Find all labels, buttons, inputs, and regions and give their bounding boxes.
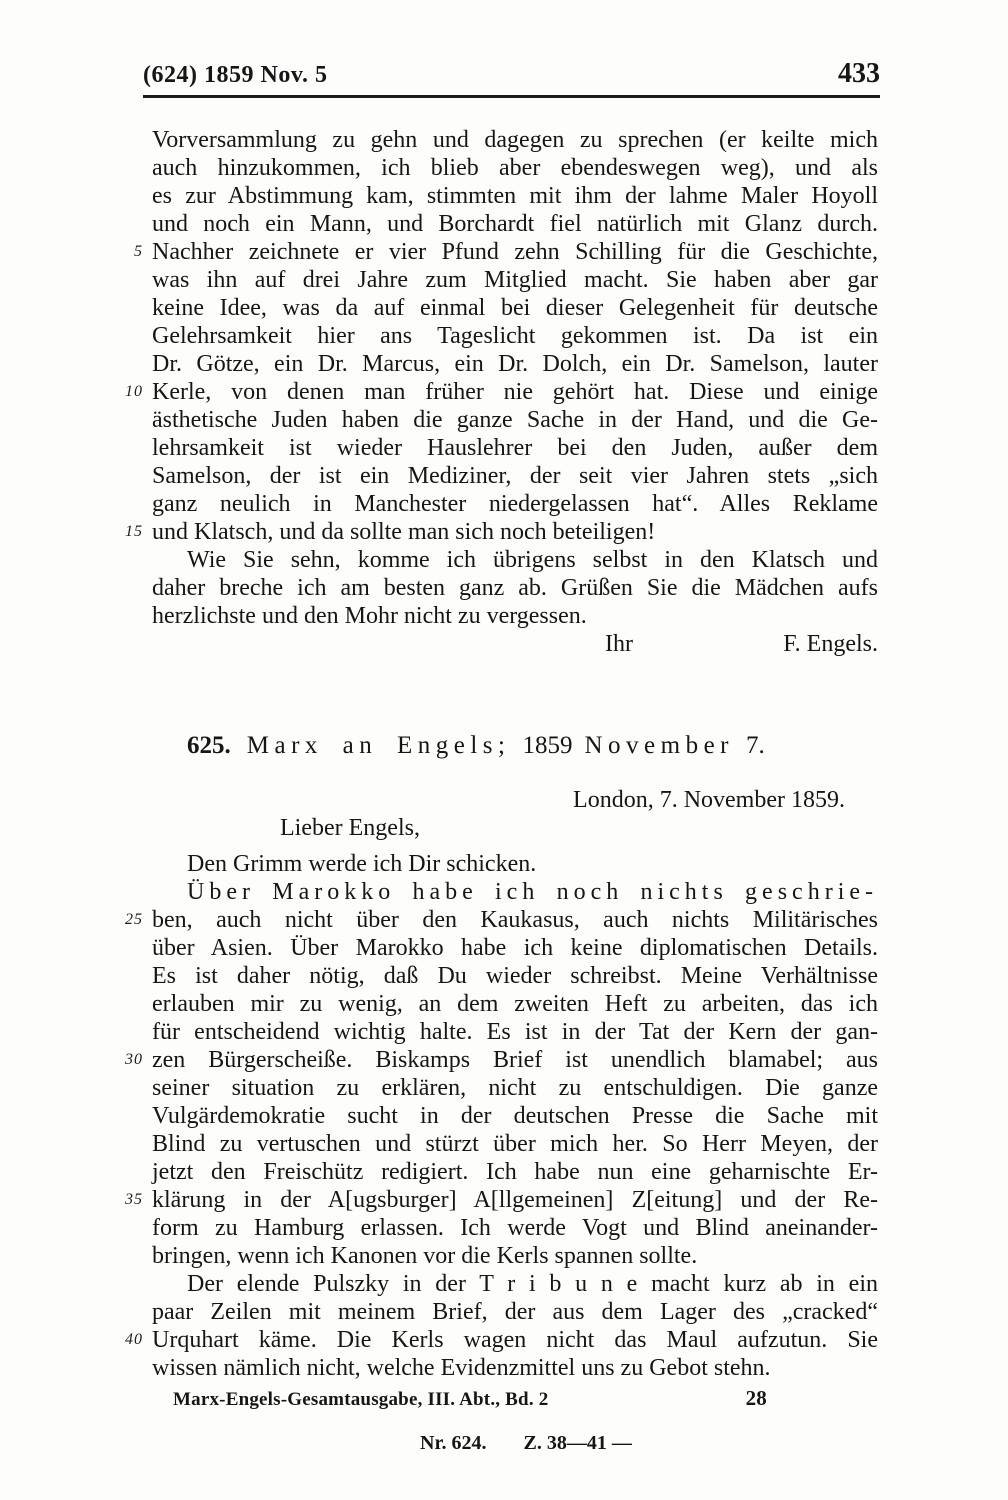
header-letter-reference: (624) 1859 Nov. 5 [143, 62, 328, 89]
line-text: es zur Abstimmung kam, stimmten mit ihm … [152, 183, 878, 209]
text-line: ganz neulich in Manchester niedergelasse… [152, 490, 878, 518]
line-text: Wie Sie sehn, komme ich übrigens selbst … [187, 547, 878, 573]
text-line: lehrsamkeit ist wieder Hauslehrer bei de… [152, 434, 878, 462]
line-text: wissen nämlich nicht, welche Evidenzmitt… [152, 1355, 771, 1381]
text-line: Über Marokko habe ich noch nichts geschr… [152, 878, 878, 906]
line-text: auch hinzukommen, ich blieb aber ebendes… [152, 155, 878, 181]
heading-year: 1859 [522, 732, 572, 759]
line-text: bringen, wenn ich Kanonen vor die Kerls … [152, 1243, 697, 1269]
book-page-scan: (624) 1859 Nov. 5 433 Vorversammlung zu … [0, 0, 1008, 1500]
text-line: Gelehrsamkeit hier ans Tageslicht gekomm… [152, 322, 878, 350]
closing-signature: F. Engels. [783, 630, 878, 658]
text-line: Den Grimm werde ich Dir schicken. [152, 850, 878, 878]
heading-day: 7. [746, 732, 765, 759]
letter-625-heading: 625.Marx an Engels;1859November7. [152, 731, 878, 761]
text-line: über Asien. Über Marokko habe ich keine … [152, 934, 878, 962]
line-text: seiner situation zu erklären, nicht zu e… [152, 1075, 878, 1101]
closing-ihr: Ihr [152, 630, 633, 658]
dateline: London, 7. November 1859. [152, 786, 878, 814]
text-line: seiner situation zu erklären, nicht zu e… [152, 1074, 878, 1102]
letter-624-closing: Ihr F. Engels. [152, 630, 878, 658]
margin-line-number: 25 [125, 910, 143, 930]
line-text: Nachher zeichnete er vier Pfund zehn Sch… [152, 239, 878, 265]
margin-line-number: 35 [125, 1190, 143, 1210]
line-text: ben, auch nicht über den Kaukasus, auch … [152, 907, 878, 933]
line-text: Samelson, der ist ein Mediziner, der sei… [152, 463, 878, 489]
text-line: Vorversammlung zu gehn und dagegen zu sp… [152, 126, 878, 154]
line-text: was ihn auf drei Jahre zum Mitglied mach… [152, 267, 878, 293]
line-text: Dr. Götze, ein Dr. Marcus, ein Dr. Dolch… [152, 351, 878, 377]
text-line: Blind zu vertuschen und stürzt über mich… [152, 1130, 878, 1158]
text-line: 10Kerle, von denen man früher nie gehört… [152, 378, 878, 406]
text-line: jetzt den Freischütz redigiert. Ich habe… [152, 1158, 878, 1186]
line-text: über Asien. Über Marokko habe ich keine … [152, 935, 878, 961]
text-line: ästhetische Juden haben die ganze Sache … [152, 406, 878, 434]
margin-line-number: 40 [125, 1330, 143, 1350]
line-text: Blind zu vertuschen und stürzt über mich… [152, 1131, 878, 1157]
line-text: und Klatsch, und da sollte man sich noch… [152, 519, 655, 545]
line-text: ganz neulich in Manchester niedergelasse… [152, 491, 878, 517]
text-line: herzlichste und den Mohr nicht zu verges… [152, 602, 878, 630]
text-line: auch hinzukommen, ich blieb aber ebendes… [152, 154, 878, 182]
text-line: erlauben mir zu wenig, an dem zweiten He… [152, 990, 878, 1018]
letter-number: 625. [187, 732, 231, 759]
line-text: daher breche ich am besten ganz ab. Grüß… [152, 575, 878, 601]
line-text: paar Zeilen mit meinem Brief, der aus de… [152, 1299, 878, 1325]
text-line: für entscheidend wichtig halte. Es ist i… [152, 1018, 878, 1046]
text-line: was ihn auf drei Jahre zum Mitglied mach… [152, 266, 878, 294]
text-line: daher breche ich am besten ganz ab. Grüß… [152, 574, 878, 602]
text-line: bringen, wenn ich Kanonen vor die Kerls … [152, 1242, 878, 1270]
margin-line-number: 5 [134, 242, 143, 262]
line-text: Urquhart käme. Die Kerls wagen nicht das… [152, 1327, 878, 1353]
sheet-number: 28 [746, 1387, 767, 1409]
line-text: ästhetische Juden haben die ganze Sache … [152, 407, 878, 433]
text-line: 40Urquhart käme. Die Kerls wagen nicht d… [152, 1326, 878, 1354]
footer-imprint: Marx-Engels-Gesamtausgabe, III. Abt., Bd… [173, 1387, 767, 1411]
line-text: jetzt den Freischütz redigiert. Ich habe… [152, 1159, 878, 1185]
margin-line-number: 30 [125, 1050, 143, 1070]
running-header: (624) 1859 Nov. 5 433 [143, 58, 880, 98]
imprint-text: Marx-Engels-Gesamtausgabe, III. Abt., Bd… [173, 1389, 548, 1411]
text-line: form zu Hamburg erlassen. Ich werde Vogt… [152, 1214, 878, 1242]
footnote-lines: Z. 38—41 — [523, 1431, 631, 1455]
text-line: es zur Abstimmung kam, stimmten mit ihm … [152, 182, 878, 210]
heading-month: November [584, 732, 734, 759]
line-text: keine Idee, was da auf einmal bei dieser… [152, 295, 878, 321]
text-line: wissen nämlich nicht, welche Evidenzmitt… [152, 1354, 878, 1382]
line-text: klärung in der A[ugsburger] A[llgemeinen… [152, 1187, 878, 1213]
text-line: Es ist daher nötig, daß Du wieder schrei… [152, 962, 878, 990]
text-line: 35klärung in der A[ugsburger] A[llgemein… [152, 1186, 878, 1214]
margin-line-number: 10 [125, 382, 143, 402]
line-text: für entscheidend wichtig halte. Es ist i… [152, 1019, 878, 1045]
line-text: und noch ein Mann, und Borchardt fiel na… [152, 211, 878, 237]
line-text: Der elende Pulszky in der T r i b u n e … [187, 1271, 878, 1297]
text-line: Samelson, der ist ein Mediziner, der sei… [152, 462, 878, 490]
heading-title: Marx an Engels; [247, 732, 511, 759]
text-line: und noch ein Mann, und Borchardt fiel na… [152, 210, 878, 238]
text-line: Vulgärdemokratie sucht in der deutschen … [152, 1102, 878, 1130]
line-text: Vorversammlung zu gehn und dagegen zu sp… [152, 127, 878, 153]
line-text: herzlichste und den Mohr nicht zu verges… [152, 603, 587, 629]
line-text: Über Marokko habe ich noch nichts geschr… [187, 879, 878, 905]
line-text: Es ist daher nötig, daß Du wieder schrei… [152, 963, 878, 989]
line-text: Den Grimm werde ich Dir schicken. [187, 851, 536, 877]
page-number: 433 [838, 58, 880, 90]
text-line: paar Zeilen mit meinem Brief, der aus de… [152, 1298, 878, 1326]
text-line: 5Nachher zeichnete er vier Pfund zehn Sc… [152, 238, 878, 266]
line-text: lehrsamkeit ist wieder Hauslehrer bei de… [152, 435, 878, 461]
text-line: Dr. Götze, ein Dr. Marcus, ein Dr. Dolch… [152, 350, 878, 378]
letter-625-body: Den Grimm werde ich Dir schicken.Über Ma… [152, 850, 878, 1382]
line-text: Kerle, von denen man früher nie gehört h… [152, 379, 878, 405]
line-text: zen Bürgerscheiße. Biskamps Brief ist un… [152, 1047, 878, 1073]
line-text: Vulgärdemokratie sucht in der deutschen … [152, 1103, 878, 1129]
text-line: 30zen Bürgerscheiße. Biskamps Brief ist … [152, 1046, 878, 1074]
footnote: Nr. 624. Z. 38—41 — [420, 1431, 632, 1455]
text-line: 25ben, auch nicht über den Kaukasus, auc… [152, 906, 878, 934]
text-line: Wie Sie sehn, komme ich übrigens selbst … [152, 546, 878, 574]
footnote-reference: Nr. 624. [420, 1431, 486, 1455]
text-line: Der elende Pulszky in der T r i b u n e … [152, 1270, 878, 1298]
text-line: keine Idee, was da auf einmal bei dieser… [152, 294, 878, 322]
salutation: Lieber Engels, [152, 814, 878, 842]
letter-624-body: Vorversammlung zu gehn und dagegen zu sp… [152, 126, 878, 630]
line-text: erlauben mir zu wenig, an dem zweiten He… [152, 991, 878, 1017]
line-text: form zu Hamburg erlassen. Ich werde Vogt… [152, 1215, 878, 1241]
text-line: 15und Klatsch, und da sollte man sich no… [152, 518, 878, 546]
text-block: Vorversammlung zu gehn und dagegen zu sp… [152, 126, 878, 1382]
margin-line-number: 15 [125, 522, 143, 542]
line-text: Gelehrsamkeit hier ans Tageslicht gekomm… [152, 323, 878, 349]
